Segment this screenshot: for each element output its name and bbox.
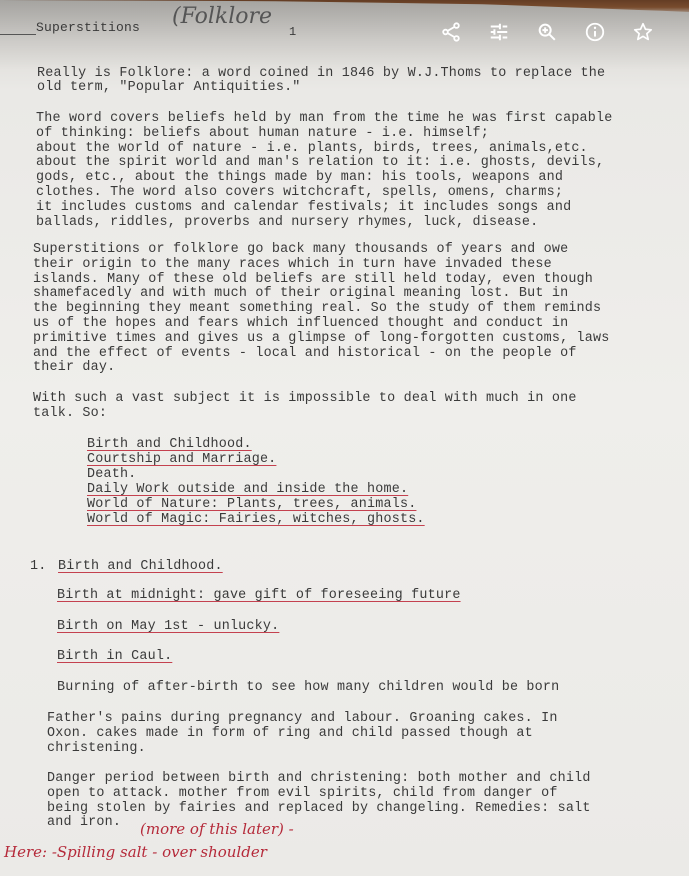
topic-item: Death. — [87, 468, 136, 483]
text-line: open to attack. mother from evil spirits… — [47, 787, 558, 802]
section-heading: Birth and Childhood. — [58, 560, 223, 575]
zoom-in-icon — [536, 21, 558, 43]
tune-icon — [488, 21, 510, 43]
share-icon — [440, 21, 462, 43]
zoom-button[interactable] — [523, 18, 571, 46]
text-line: gods, etc., about the things made by man… — [36, 171, 563, 186]
share-button[interactable] — [427, 18, 475, 46]
text-line: The word covers beliefs held by man from… — [36, 112, 613, 127]
header-title: Superstitions — [36, 21, 140, 36]
info-icon — [584, 21, 606, 43]
title-rule — [0, 34, 36, 35]
handwritten-note-later: (more of this later) - — [140, 820, 294, 838]
text-line: clothes. The word also covers witchcraft… — [36, 186, 563, 201]
text-line: Oxon. cakes made in form of ring and chi… — [47, 727, 533, 742]
text-line: the beginning they meant something real.… — [33, 302, 601, 317]
text-line: primitive times and gives us a glimpse o… — [33, 332, 610, 347]
text-line: about the world of nature - i.e. plants,… — [36, 142, 588, 157]
text-line: talk. So: — [33, 407, 107, 422]
topic-item: Daily Work outside and inside the home. — [87, 483, 408, 498]
text-line: With such a vast subject it is impossibl… — [33, 392, 577, 407]
text-line: us of the hopes and fears which influenc… — [33, 317, 568, 332]
text-line: and iron. — [47, 816, 121, 831]
handwritten-title: (Folklore — [172, 4, 272, 29]
text-line: their day. — [33, 361, 115, 376]
birth-item: Birth at midnight: gave gift of foreseei… — [57, 589, 461, 604]
topic-item: Birth and Childhood. — [87, 438, 252, 453]
text-line: christening. — [47, 742, 146, 757]
birth-item: Birth on May 1st - unlucky. — [57, 620, 279, 635]
text-line: Father's pains during pregnancy and labo… — [47, 712, 558, 727]
viewer-toolbar — [427, 18, 667, 46]
text-line: Danger period between birth and christen… — [47, 772, 591, 787]
text-line: it includes customs and calendar festiva… — [36, 201, 571, 216]
favorite-button[interactable] — [619, 18, 667, 46]
text-line: of thinking: beliefs about human nature … — [36, 127, 489, 142]
section-number: 1. — [30, 560, 46, 575]
star-icon — [632, 21, 654, 43]
text-line: Superstitions or folklore go back many t… — [33, 243, 568, 258]
text-line: their origin to the many races which in … — [33, 258, 552, 273]
text-line: about the spirit world and man's relatio… — [36, 156, 604, 171]
page-number: 1 — [289, 25, 296, 40]
birth-item: Burning of after-birth to see how many c… — [57, 681, 559, 696]
text-line: being stolen by fairies and replaced by … — [47, 802, 591, 817]
info-button[interactable] — [571, 18, 619, 46]
intro-line-2: old term, "Popular Antiquities." — [37, 81, 301, 96]
adjust-button[interactable] — [475, 18, 523, 46]
topic-item: World of Magic: Fairies, witches, ghosts… — [87, 513, 425, 528]
text-line: and the effect of events - local and his… — [33, 347, 577, 362]
text-line: shamefacedly and with much of their orig… — [33, 287, 568, 302]
text-line: ballads, riddles, proverbs and nursery r… — [36, 216, 538, 231]
handwritten-note-salt: Here: -Spilling salt - over shoulder — [4, 843, 267, 861]
birth-item: Birth in Caul. — [57, 650, 172, 665]
text-line: islands. Many of these old beliefs are s… — [33, 273, 593, 288]
topic-item: Courtship and Marriage. — [87, 453, 276, 468]
topic-item: World of Nature: Plants, trees, animals. — [87, 498, 416, 513]
